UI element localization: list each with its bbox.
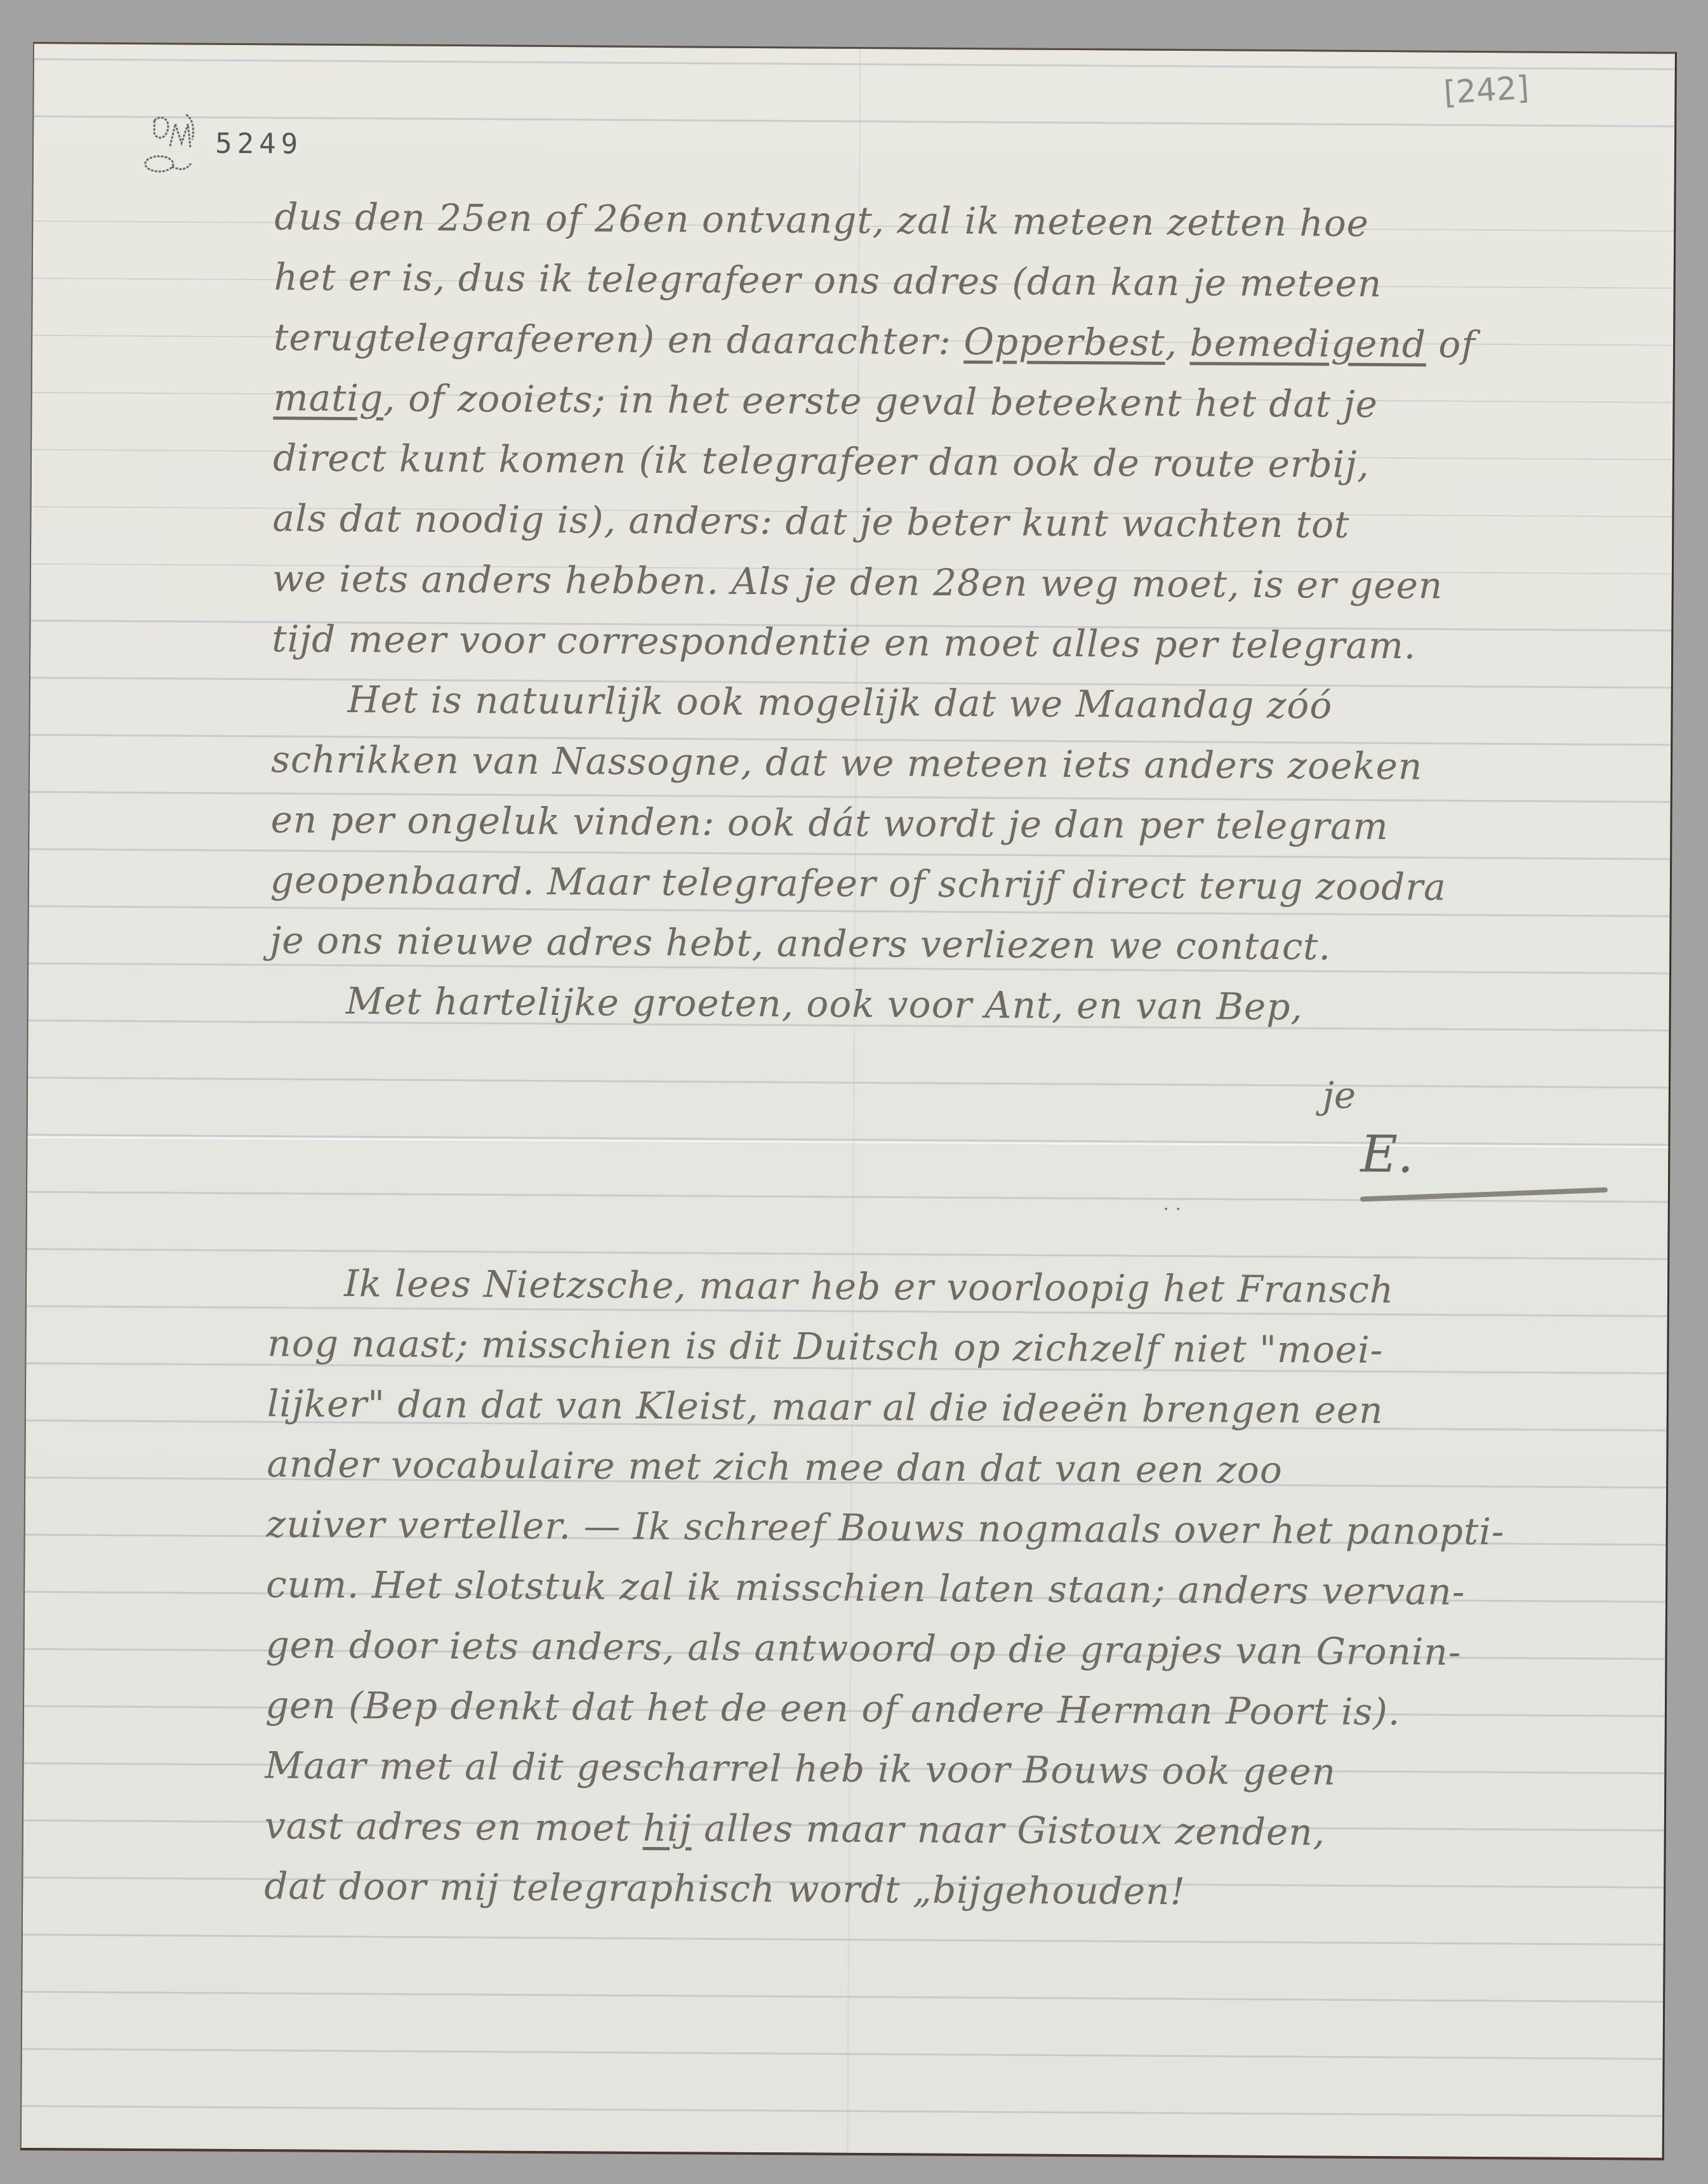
archive-stamp: 5249 [142, 108, 303, 179]
letter-paragraph-1: dus den 25en of 26en ontvangt, zal ik me… [275, 188, 1620, 196]
handwritten-line: terugtelegrafeeren) en daarachter: Opper… [274, 308, 1476, 373]
handwritten-line: Het is natuurlijk ook mogelijk dat we Ma… [347, 671, 1332, 734]
handwritten-line: gen (Bep denkt dat het de een of andere … [265, 1676, 1401, 1740]
handwritten-line: gen door iets anders, als antwoord op di… [265, 1616, 1461, 1681]
handwritten-line: ander vocabulaire met zich mee dan dat v… [267, 1435, 1283, 1499]
signature-underline [1360, 1188, 1608, 1202]
horizontal-fold-crease [27, 1135, 1668, 1149]
handwritten-line: geopenbaard. Maar telegrafeer of schrijf… [270, 851, 1447, 915]
letterletter-museum-stamp-icon [142, 108, 199, 178]
ellipsis-mark: .. [1163, 1193, 1188, 1214]
underlined-word: Opperbest [963, 320, 1165, 364]
closing: je [1323, 1073, 1356, 1116]
letter-paragraph-2: Ik lees Nietzsche, maar heb er voorloopi… [268, 1254, 1613, 1262]
handwritten-line: matig, of zooiets; in het eerste geval b… [273, 369, 1378, 433]
underlined-word: matig [273, 376, 383, 420]
handwritten-line: en per ongeluk vinden: ook dát wordt je … [270, 791, 1389, 855]
handwritten-line: Met hartelijke groeten, ook voor Ant, en… [346, 972, 1304, 1035]
handwritten-line: we iets anders hebben. Als je den 28en w… [272, 550, 1443, 614]
handwritten-line: Maar met al dit gescharrel heb ik voor B… [265, 1737, 1336, 1800]
handwritten-line: als dat noodig is), anders: dat je beter… [272, 489, 1349, 553]
handwritten-line: dus den 25en of 26en ontvangt, zal ik me… [274, 188, 1369, 252]
archive-number: 5249 [215, 127, 303, 160]
handwritten-line: Ik lees Nietzsche, maar heb er voorloopi… [344, 1255, 1394, 1318]
handwritten-line: je ons nieuwe adres hebt, anders verliez… [270, 911, 1331, 975]
underlined-word: bemedigend [1189, 321, 1426, 366]
page-reference: [242] [1442, 69, 1530, 111]
handwritten-line: cum. Het slotstuk zal ik misschien laten… [266, 1556, 1466, 1620]
handwritten-line: schrikken van Nassogne, dat we meteen ie… [271, 731, 1423, 795]
underlined-word: hij [643, 1806, 692, 1850]
handwritten-line: dat door mij telegraphisch wordt „bijgeh… [264, 1857, 1186, 1920]
handwritten-line: vast adres en moet hij alles maar naar G… [265, 1797, 1326, 1860]
handwritten-line: lijker" dan dat van Kleist, maar al die … [267, 1375, 1384, 1439]
handwritten-line: direct kunt komen (ik telegrafeer dan oo… [273, 429, 1370, 493]
letter-page: 5249 [242] dus den 25en of 26en ontvangt… [20, 42, 1677, 2161]
handwritten-line: tijd meer voor correspondentie en moet a… [272, 610, 1417, 674]
handwritten-line: het er is, dus ik telegrafeer ons adres … [274, 248, 1382, 312]
handwritten-line: zuiver verteller. — Ik schreef Bouws nog… [266, 1495, 1504, 1560]
handwritten-line: nog naast; misschien is dit Duitsch op z… [267, 1314, 1383, 1379]
signature: E. [1360, 1125, 1413, 1184]
